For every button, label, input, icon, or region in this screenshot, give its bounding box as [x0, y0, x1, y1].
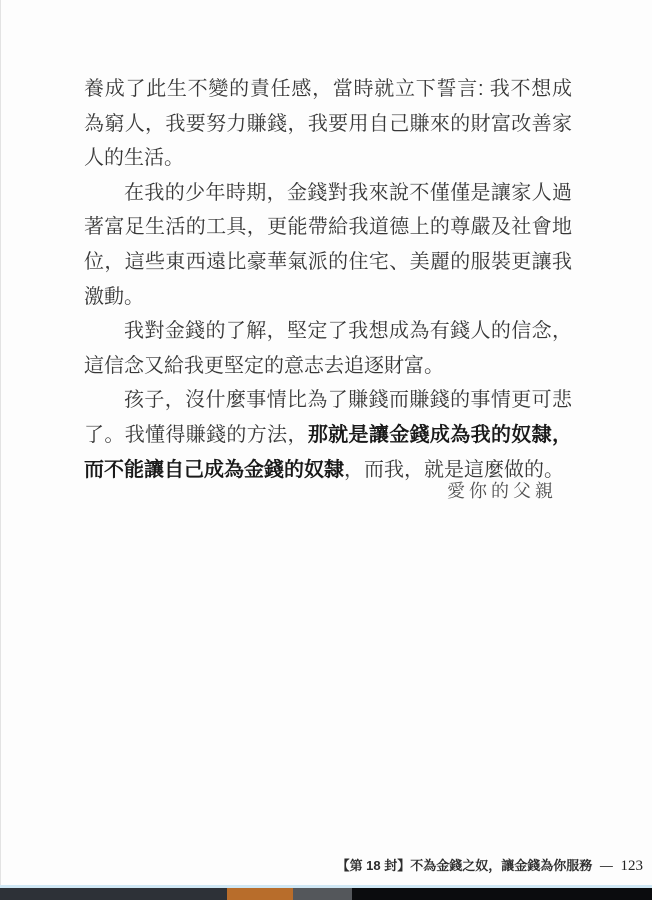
bar-segment-dark: [0, 888, 227, 900]
body-text: 養成了此生不變的責任感，當時就立下誓言: 我不想成為窮人，我要努力賺錢，我要用自…: [84, 78, 572, 169]
letter-paragraph: 在我的少年時期，金錢對我來說不僅僅是讓家人過著富足生活的工具，更能帶給我道德上的…: [84, 176, 572, 314]
letter-paragraph: 我對金錢的了解，堅定了我想成為有錢人的信念，這信念又給我更堅定的意志去追逐財富。: [84, 314, 572, 383]
footer-separator: —: [600, 858, 613, 873]
bar-segments: [0, 888, 652, 900]
letter-paragraph: 養成了此生不變的責任感，當時就立下誓言: 我不想成為窮人，我要努力賺錢，我要用自…: [84, 72, 572, 176]
bottom-scan-bar: [0, 885, 652, 900]
letter-paragraph: 孩子，沒什麼事情比為了賺錢而賺錢的事情更可悲了。我懂得賺錢的方法，那就是讓金錢成…: [84, 383, 572, 487]
footer-page-number: 123: [621, 858, 644, 874]
bar-segment-orange: [227, 888, 293, 900]
body-text: 在我的少年時期，金錢對我來說不僅僅是讓家人過著富足生活的工具，更能帶給我道德上的…: [84, 182, 572, 308]
letter-body: 養成了此生不變的責任感，當時就立下誓言: 我不想成為窮人，我要努力賺錢，我要用自…: [84, 72, 572, 487]
body-text: 我對金錢的了解，堅定了我想成為有錢人的信念，這信念又給我更堅定的意志去追逐財富。: [84, 320, 572, 377]
bar-segment-gray: [293, 888, 352, 900]
page-footer: 【第 18 封】不為金錢之奴，讓金錢為你服務 — 123: [337, 857, 643, 875]
footer-chapter-title: 【第 18 封】不為金錢之奴，讓金錢為你服務: [337, 858, 593, 873]
bar-segment-black: [352, 888, 652, 900]
letter-signature: 愛你的父親: [0, 477, 652, 503]
scan-edge-line: [0, 0, 1, 900]
book-page: 養成了此生不變的責任感，當時就立下誓言: 我不想成為窮人，我要努力賺錢，我要用自…: [0, 0, 652, 900]
